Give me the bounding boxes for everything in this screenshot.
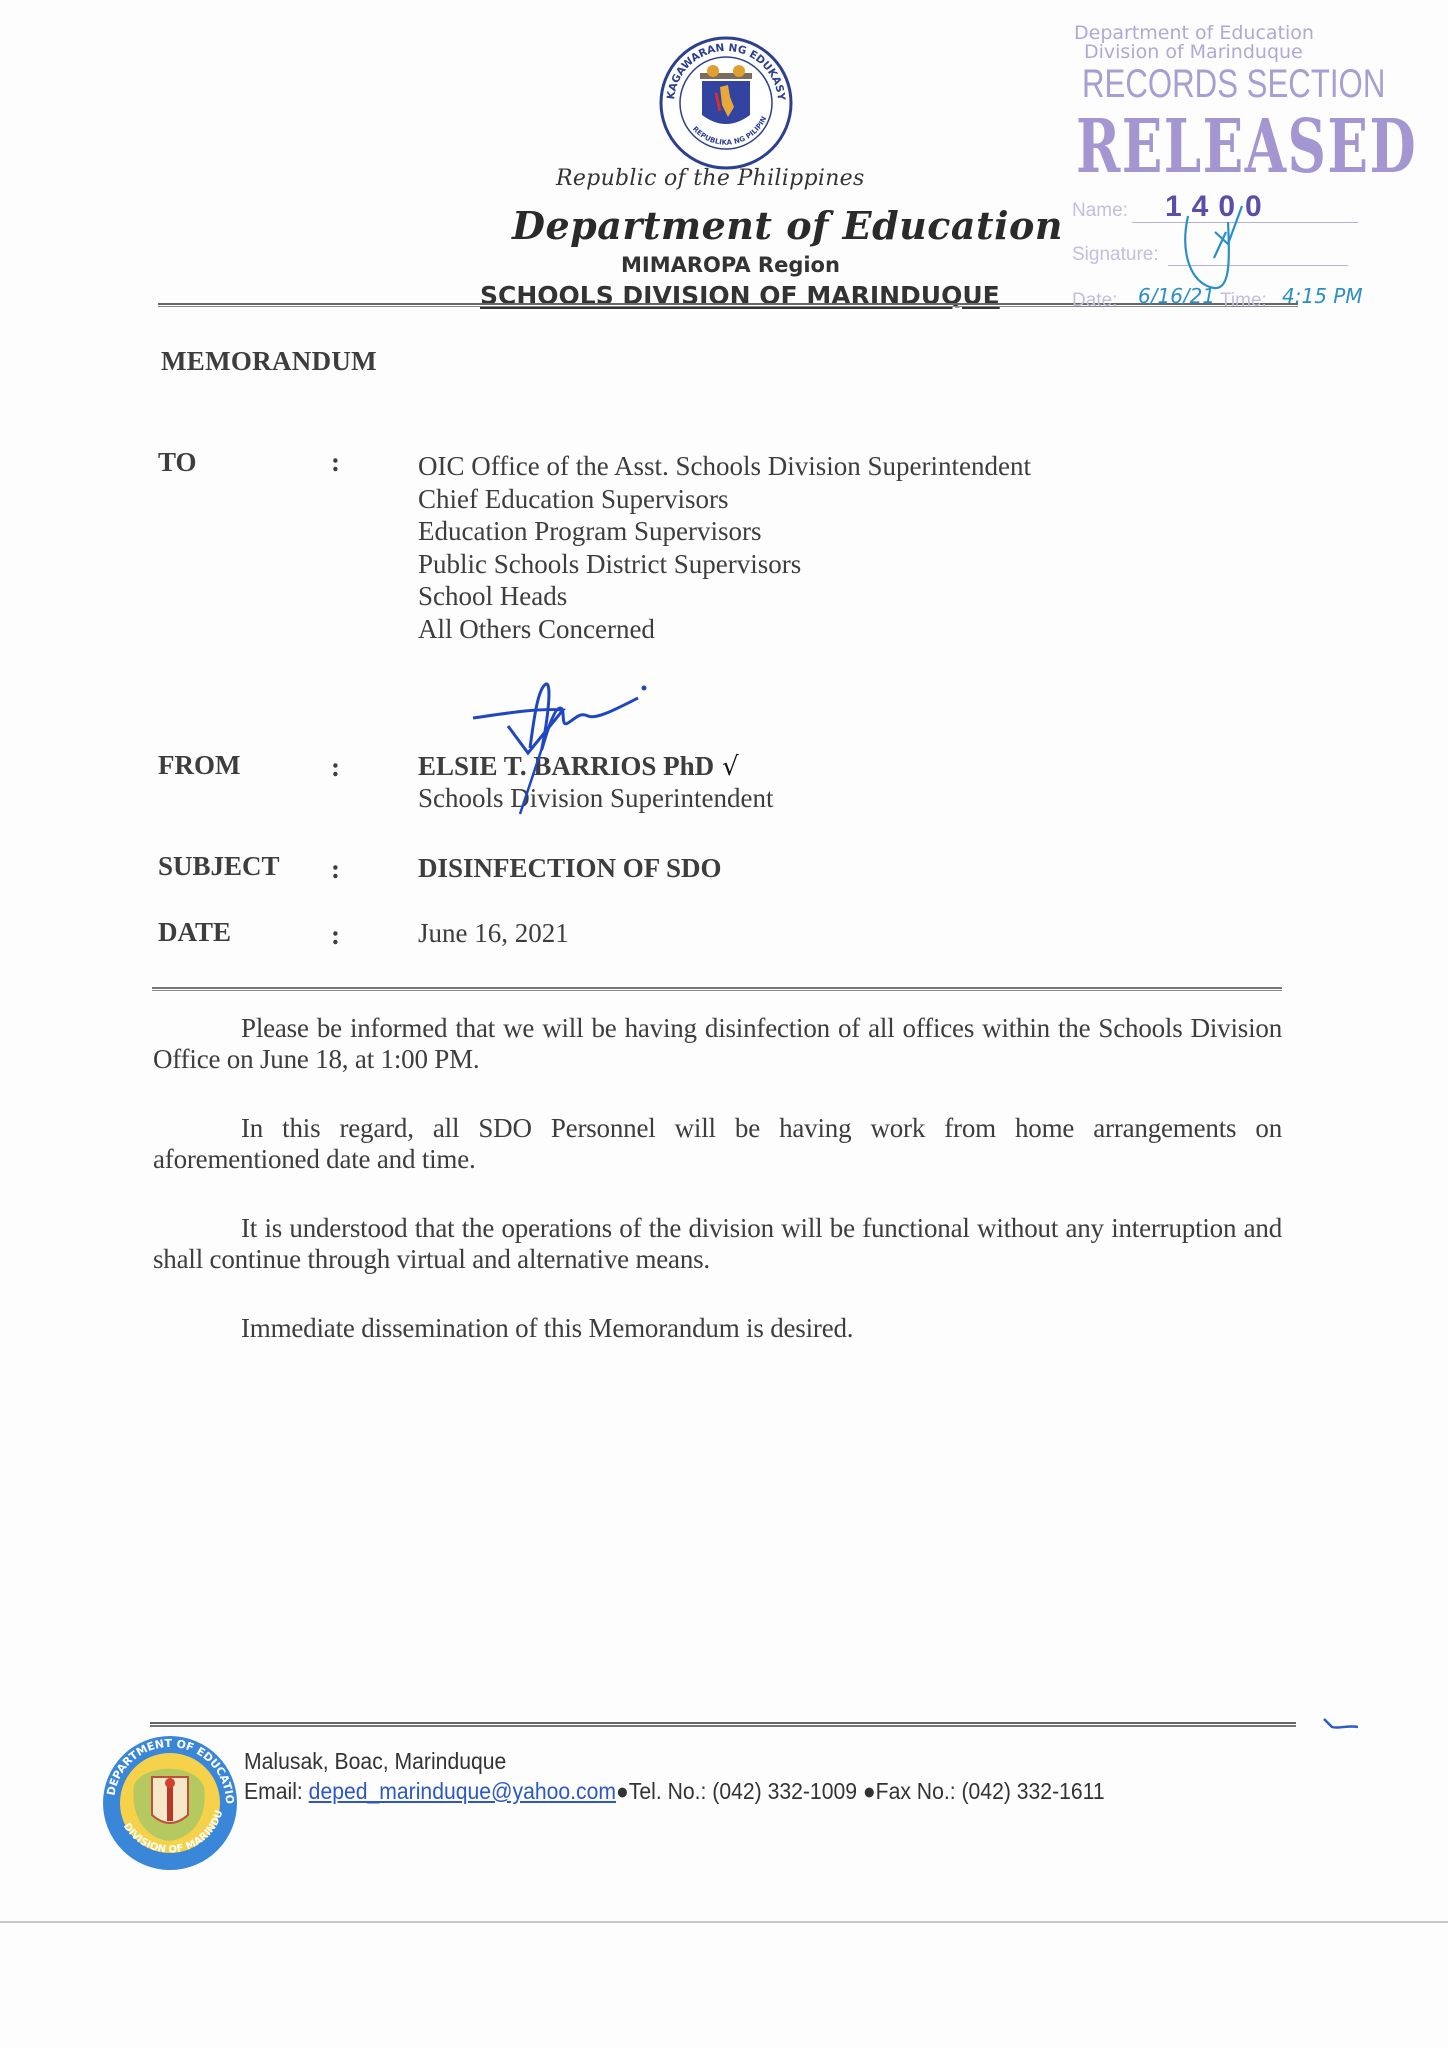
recipient-item: Chief Education Supervisors (418, 483, 1031, 516)
stamp-date-label: Date: (1072, 290, 1117, 312)
footer-contact: Email: deped_marinduque@yahoo.com●Tel. N… (244, 1778, 1105, 1805)
recipient-item: Education Program Supervisors (418, 515, 1031, 548)
email-link[interactable]: deped_marinduque@yahoo.com (309, 1778, 616, 1804)
stamp-date-value: 6/16/21 (1138, 284, 1215, 308)
stamp-section: RECORDS SECTION (1082, 62, 1385, 107)
stamp-time-label: Time: (1220, 290, 1267, 312)
memo-title: MEMORANDUM (161, 346, 377, 377)
body-paragraph: Immediate dissemination of this Memorand… (153, 1313, 1282, 1344)
recipient-item: Public Schools District Supervisors (418, 548, 1031, 581)
date-colon: : (331, 920, 340, 951)
republic-heading: Republic of the Philippines (556, 166, 865, 191)
signature-icon (468, 678, 668, 818)
deped-seal-icon: KAGAWARAN NG EDUKASYON REPUBLIKA NG PILI… (658, 35, 794, 171)
body-divider (152, 987, 1282, 991)
body-paragraph: It is understood that the operations of … (153, 1213, 1282, 1275)
date-label: DATE (158, 917, 231, 948)
department-heading: Department of Education (512, 203, 1063, 248)
email-label: Email: (244, 1778, 309, 1804)
recipient-item: School Heads (418, 580, 1031, 613)
body-paragraph: Please be informed that we will be havin… (153, 1013, 1282, 1075)
subject-colon: : (331, 854, 340, 885)
footer-divider (150, 1722, 1296, 1727)
stamp-signature-label: Signature: (1072, 244, 1159, 266)
body-paragraph: In this regard, all SDO Personnel will b… (153, 1113, 1282, 1175)
subject-value: DISINFECTION OF SDO (418, 853, 722, 884)
from-colon: : (331, 752, 340, 783)
records-released-stamp: Department of Education Division of Mari… (1070, 22, 1370, 322)
checkmark-icon: √ (722, 752, 739, 782)
recipient-item: OIC Office of the Asst. Schools Division… (418, 450, 1031, 483)
stamp-status: RELEASED (1076, 104, 1417, 190)
region-heading: MIMAROPA Region (621, 253, 840, 277)
recipient-list: OIC Office of the Asst. Schools Division… (418, 450, 1031, 645)
stamp-time-value: 4:15 PM (1282, 284, 1363, 308)
stamp-name-label: Name: (1072, 200, 1128, 222)
from-label: FROM (158, 750, 240, 781)
page-edge-line (0, 1921, 1448, 1923)
to-colon: : (331, 447, 340, 478)
phone-fax: ●Tel. No.: (042) 332-1009 ●Fax No.: (042… (616, 1778, 1105, 1804)
ink-mark-icon (1322, 1715, 1362, 1735)
date-value: June 16, 2021 (418, 918, 569, 949)
subject-label: SUBJECT (158, 851, 280, 882)
division-logo-icon: DEPARTMENT OF EDUCATION DIVISION OF MARI… (100, 1733, 240, 1873)
recipient-item: All Others Concerned (418, 613, 1031, 646)
footer-address: Malusak, Boac, Marinduque (244, 1748, 506, 1775)
stamp-line2: Division of Marinduque (1084, 41, 1303, 63)
to-label: TO (158, 447, 197, 478)
